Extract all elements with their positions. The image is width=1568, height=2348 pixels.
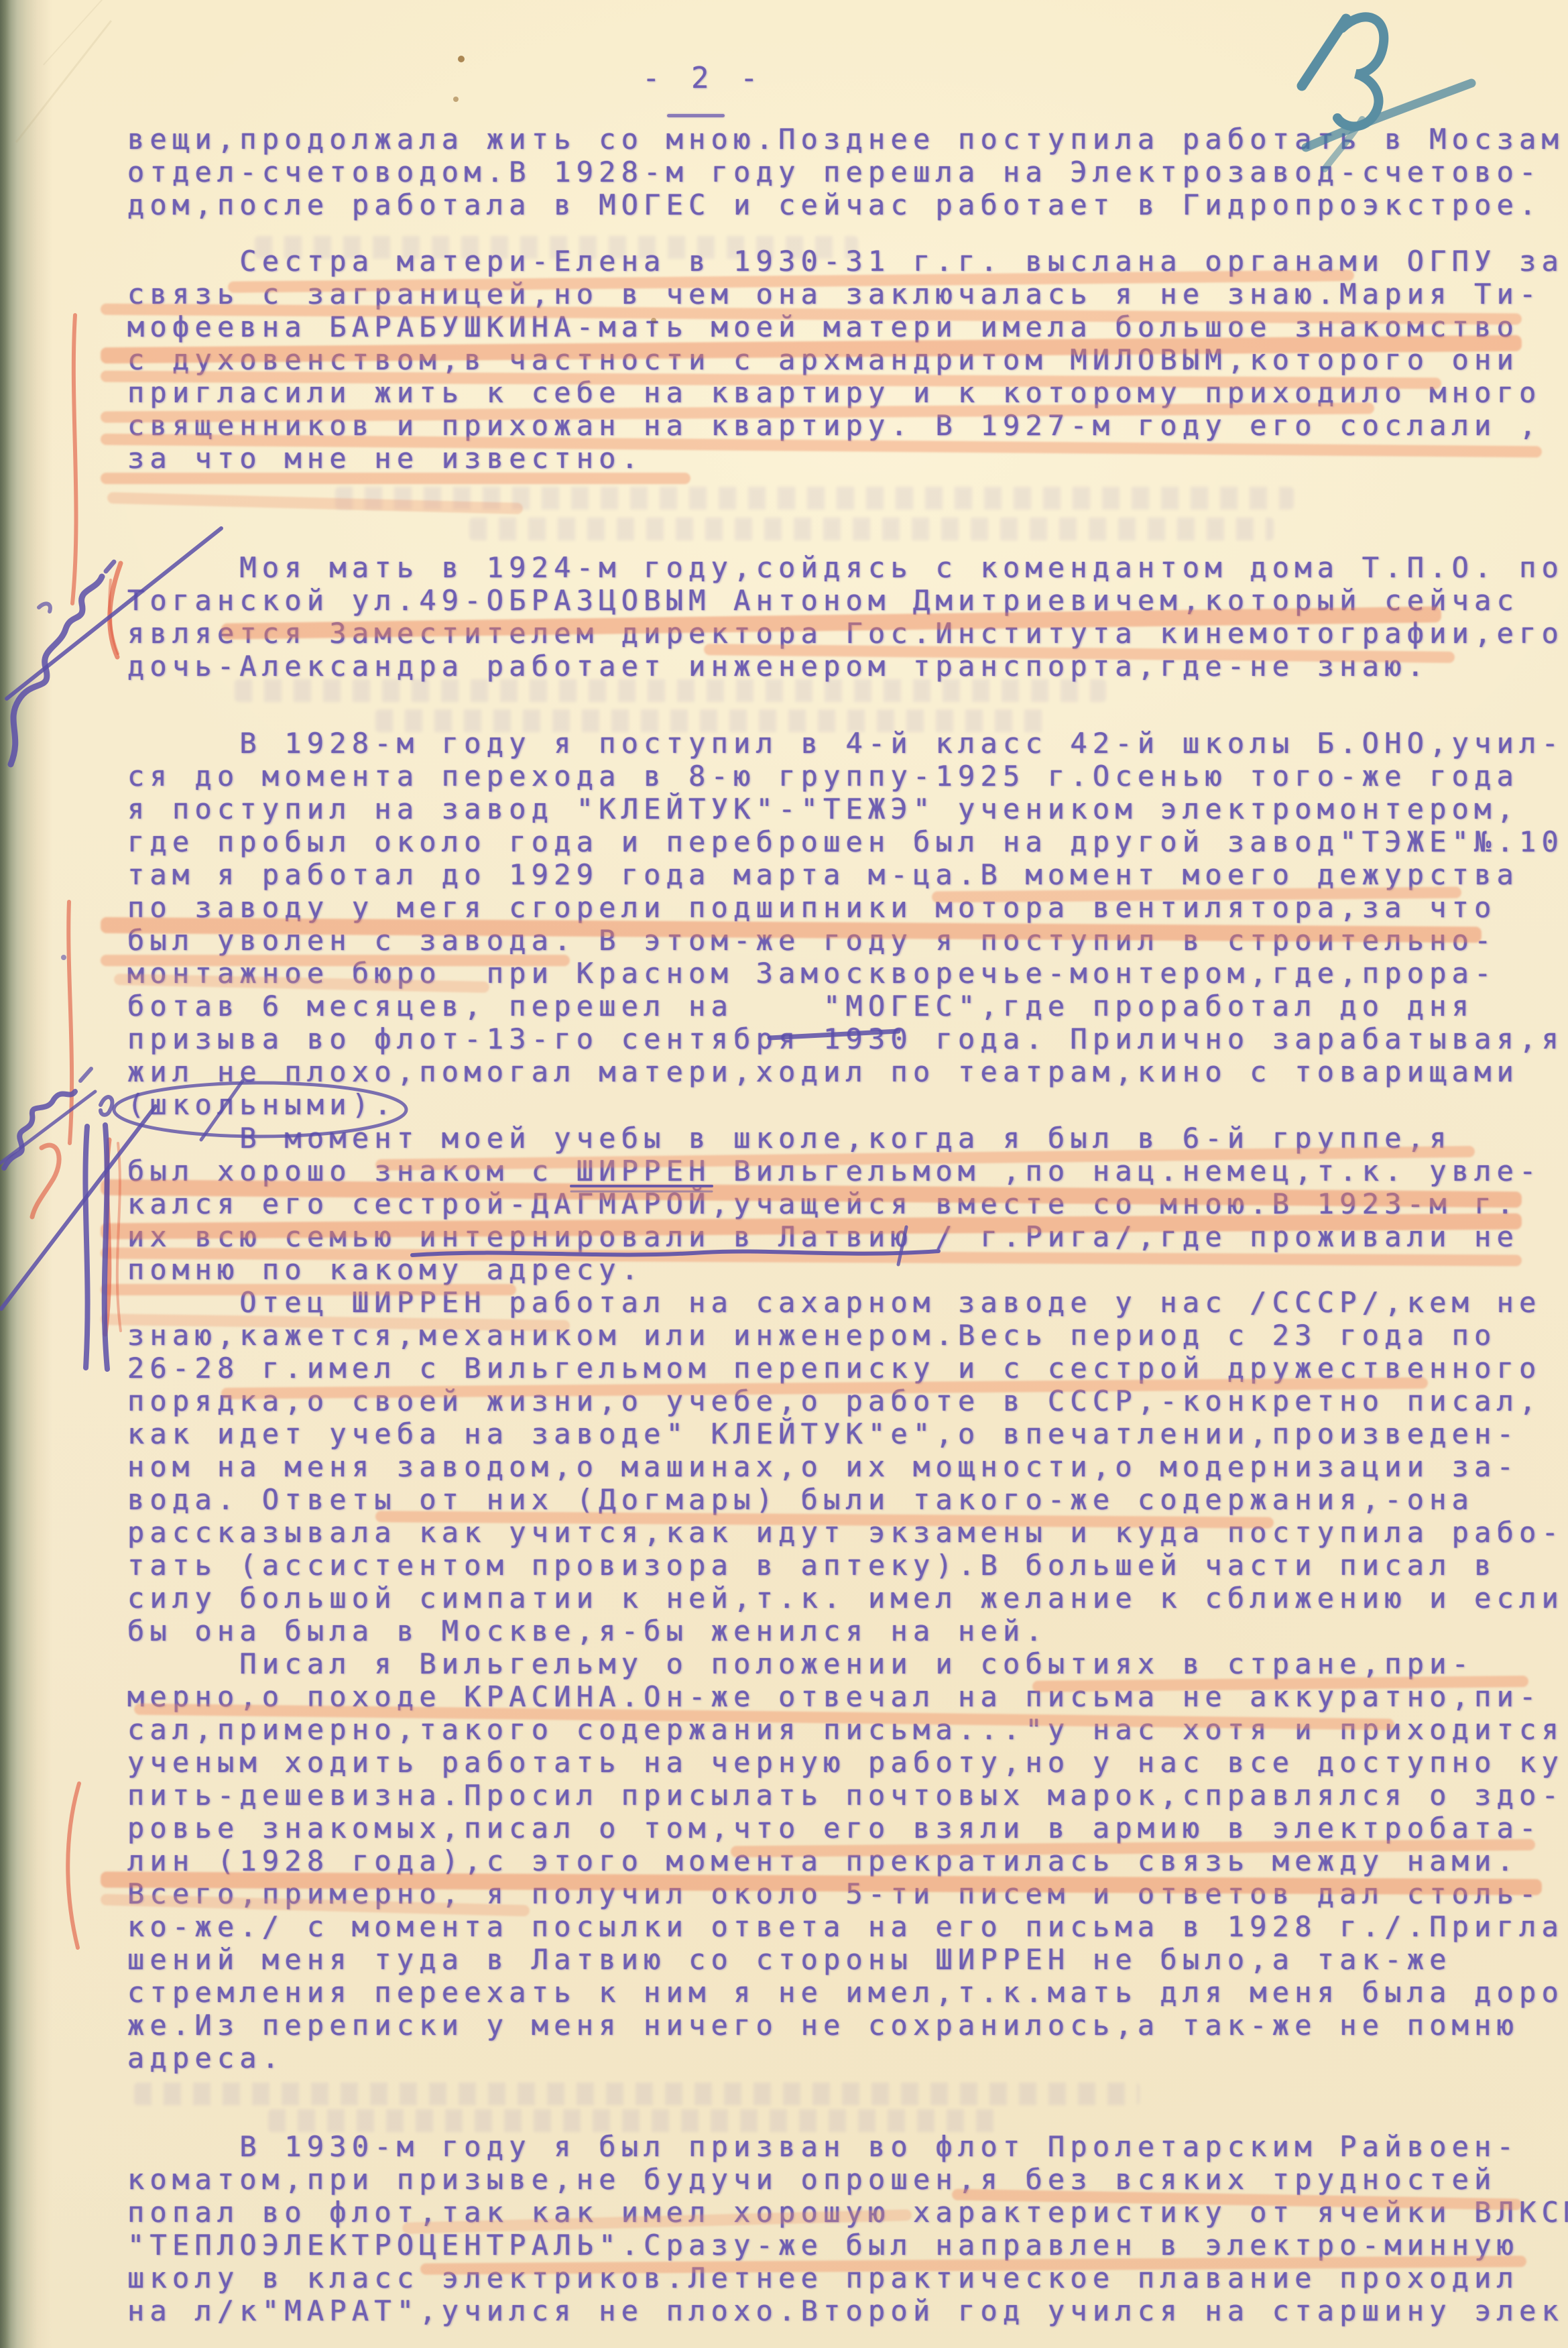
margin-double-stroke [85, 1126, 87, 1368]
typed-paragraph-2: Сестра матери-Елена в 1930-31 г.г. высла… [127, 245, 1564, 475]
handwritten-note-accent [106, 562, 114, 571]
ghost-text-smudge [235, 679, 1106, 702]
corner-crease [43, 0, 111, 65]
margin-double-stroke [105, 1125, 107, 1369]
typed-paragraph-5: В момент моей учебы в школе,когда я был … [127, 1122, 1542, 1286]
crayon-underline [107, 492, 523, 514]
handwritten-note-accent [80, 1069, 91, 1081]
typed-paragraph-6: Отец ШИРРЕН работал на сахарном заводе у… [127, 1286, 1568, 1647]
document-page: - 2 - вещи,продолжала жить со мною.Поздн… [0, 0, 1568, 2348]
ghost-text-smudge [134, 2082, 1140, 2105]
typed-paragraph-7: Писал я Вильгельму о положении и события… [127, 1647, 1568, 2074]
typed-paragraph-4: В 1928-м году я поступил в 4-й класс 42-… [127, 727, 1564, 1121]
ghost-text-smudge [335, 487, 1294, 510]
typed-paragraph-1: вещи,продолжала жить со мною.Позднее пос… [127, 123, 1564, 221]
ghost-text-smudge [268, 2109, 1006, 2132]
page-number-underline [667, 114, 725, 117]
page-edge-shadow [0, 0, 52, 2348]
folio-stroke-3 [1337, 17, 1384, 126]
scanned-document: { "header": { "page_number": "- 2 -", "f… [0, 0, 1568, 2348]
typed-paragraph-3: Моя мать в 1924-м году,сойдясь с коменда… [127, 551, 1564, 683]
ghost-text-smudge [469, 518, 1274, 540]
page-number: - 2 - [642, 61, 764, 95]
typed-paragraph-8: В 1930-м году я был призван во флот Прол… [127, 2130, 1568, 2327]
folio-stroke-1 [1302, 19, 1346, 86]
handwritten-note-accent [101, 1097, 112, 1115]
